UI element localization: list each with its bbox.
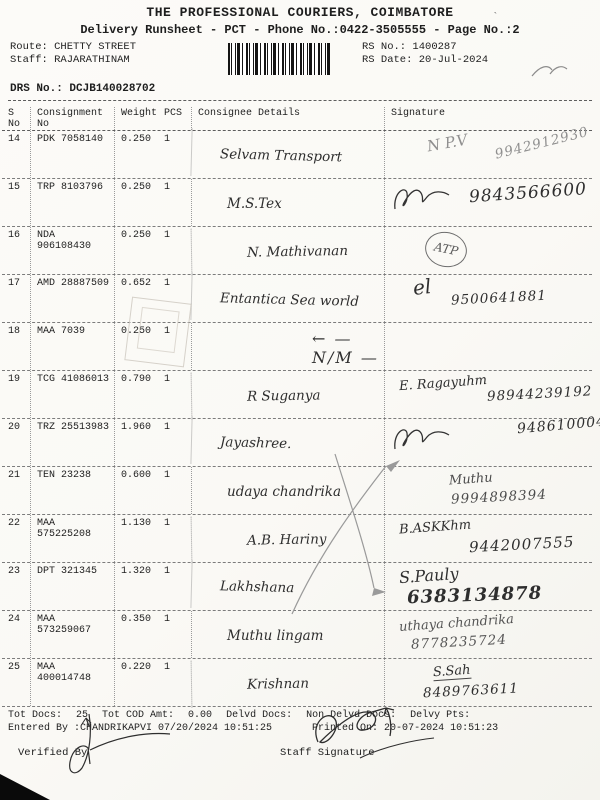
pcs-cell: 1 — [158, 467, 191, 514]
table-row: 17 AMD 28887509 0.652 1 Entantica Sea wo… — [2, 275, 592, 323]
company-title: THE PROFESSIONAL COURIERS, COIMBATORE — [0, 5, 600, 20]
pcs-cell: 1 — [158, 179, 191, 226]
signature-cell: ATP — [384, 227, 592, 274]
document-header: THE PROFESSIONAL COURIERS, COIMBATORE De… — [0, 0, 600, 101]
consignee-handwriting: Muthu lingam — [191, 611, 384, 658]
delvy-pts-label: Delvy Pts: — [410, 710, 470, 721]
table-row: 22 MAA 575225208 1.130 1 A.B. Hariny B.A… — [2, 515, 592, 563]
entered-line: Entered By :CHANDRIKAPVI 07/20/2024 10:5… — [8, 722, 592, 735]
consignee-handwriting: Krishnan — [191, 657, 385, 707]
sno-cell: 19 — [2, 371, 30, 418]
signature-name: Muthu — [449, 470, 494, 488]
tot-docs-value: 25 — [76, 710, 88, 721]
rs-no-label: RS No.: — [362, 41, 406, 53]
scan-corner-artifact — [0, 774, 50, 800]
table-row: 21 TEN 23238 0.600 1 udaya chandrika Mut… — [2, 467, 592, 515]
non-delvd-docs-label: Non Delvd Docs: — [306, 710, 396, 721]
consignee-handwriting: Entantica Sea world — [190, 272, 384, 324]
signature-phone: 6383134878 — [407, 584, 592, 605]
route-label: Route: — [10, 41, 48, 53]
sno-cell: 22 — [2, 515, 30, 562]
col-consignee: Consignee Details — [191, 107, 384, 130]
table-row: 15 TRP 8103796 0.250 1 M.S.Tex 984356660… — [2, 179, 592, 227]
consignee-handwriting: udaya chandrika — [191, 467, 384, 514]
entered-by-value: Entered By :CHANDRIKAPVI 07/20/2024 10:5… — [8, 723, 272, 734]
signature-phone: 9843566600 — [469, 182, 593, 206]
route-value: CHETTY STREET — [54, 41, 136, 53]
signature-cell: 9843566600 — [384, 179, 592, 226]
runsheet-subtitle: Delivery Runsheet - PCT - Phone No.:0422… — [0, 23, 600, 37]
table-row: 14 PDK 7058140 0.250 1 Selvam Transport … — [2, 131, 592, 179]
signature-phone: 9994898394 — [451, 485, 593, 507]
consignment-cell: MAA 575225208 — [30, 515, 114, 562]
signature-name: N P.V — [426, 133, 469, 155]
sno-cell: 17 — [2, 275, 30, 322]
signature-phone: 8489763611 — [423, 678, 593, 702]
drs-value: DCJB140028702 — [69, 83, 155, 95]
signature-labels: Verified By Staff Signature — [8, 747, 592, 761]
col-weight: Weight — [114, 107, 158, 130]
consignment-cell: PDK 7058140 — [30, 131, 114, 178]
pcs-cell: 1 — [158, 515, 191, 562]
header-meta: Route: CHETTY STREET Staff: RAJARATHINAM… — [0, 41, 600, 81]
weight-cell: 1.320 — [114, 563, 158, 610]
signature-cell: Muthu 9994898394 — [384, 467, 592, 514]
signature-cell: N P.V 9942912930 — [384, 131, 592, 178]
verified-by-label: Verified By — [18, 747, 87, 760]
rs-date-line: RS Date: 20-Jul-2024 — [362, 54, 488, 67]
consignee-handwriting: N. Mathivanan — [191, 225, 385, 275]
printed-on-value: Printed On: 20-07-2024 10:51:23 — [312, 723, 498, 734]
signature-phone: 98944239192 — [487, 384, 593, 405]
weight-cell: 1.130 — [114, 515, 158, 562]
tot-docs-label: Tot Docs: — [8, 710, 62, 721]
signature-cell: el 9500641881 — [384, 275, 592, 322]
weight-cell: 0.220 — [114, 659, 158, 706]
consignee-handwriting: ← — N/M — — [191, 323, 384, 370]
signature-name: el — [412, 279, 432, 296]
sno-cell: 21 — [2, 467, 30, 514]
staff-signature-label: Staff Signature — [280, 747, 375, 760]
staff-line: Staff: RAJARATHINAM — [10, 54, 136, 67]
pcs-cell: 1 — [158, 131, 191, 178]
consignment-cell: TEN 23238 — [30, 467, 114, 514]
signature-name: S.Sah — [432, 663, 471, 682]
rs-date-label: RS Date: — [362, 54, 412, 66]
delivery-runsheet-document: THE PROFESSIONAL COURIERS, COIMBATORE De… — [0, 0, 600, 800]
signature-cell: S.Sah 8489763611 — [384, 659, 592, 706]
weight-cell: 1.960 — [114, 419, 158, 466]
weight-cell: 0.250 — [114, 179, 158, 226]
sno-cell: 18 — [2, 323, 30, 370]
pcs-cell: 1 — [158, 419, 191, 466]
consignee-handwriting: Selvam Transport — [190, 128, 384, 180]
route-line: Route: CHETTY STREET — [10, 41, 136, 54]
pen-squiggle-mark — [530, 62, 570, 80]
consignee-handwriting: A.B. Hariny — [191, 513, 385, 563]
col-sno: S No — [2, 107, 30, 130]
weight-cell: 0.600 — [114, 467, 158, 514]
separator-line — [8, 100, 592, 101]
sno-cell: 23 — [2, 563, 30, 610]
consignment-cell: TCG 41086013 — [30, 371, 114, 418]
signature-name: S.Pauly — [399, 566, 459, 585]
weight-cell: 0.250 — [114, 227, 158, 274]
staff-value: RAJARATHINAM — [54, 54, 130, 66]
signature-name: E. Ragayuhm — [399, 373, 488, 394]
weight-cell: 0.790 — [114, 371, 158, 418]
signature-phone: 9500641881 — [451, 286, 593, 308]
cod-value: 0.00 — [188, 710, 212, 721]
consignment-cell: TRP 8103796 — [30, 179, 114, 226]
consignment-cell: DPT 321345 — [30, 563, 114, 610]
signature-name: B.ASKKhm — [399, 518, 472, 538]
table-row: 20 TRZ 25513983 1.960 1 Jayashree. 94861… — [2, 419, 592, 467]
col-pcs: PCS — [158, 107, 191, 130]
table-row: 19 TCG 41086013 0.790 1 R Suganya E. Rag… — [2, 371, 592, 419]
drs-label: DRS No.: — [10, 83, 63, 95]
table-row: 16 NDA 906108430 0.250 1 N. Mathivanan A… — [2, 227, 592, 275]
consignment-cell: MAA 7039 — [30, 323, 114, 370]
runsheet-table: S No Consignment No Weight PCS Consignee… — [2, 107, 592, 707]
delvd-docs-label: Delvd Docs: — [226, 710, 292, 721]
weight-cell: 0.250 — [114, 131, 158, 178]
consignee-handwriting: Jayashree. — [190, 416, 384, 468]
col-consignment: Consignment No — [30, 107, 114, 130]
signature-scribble-icon — [391, 423, 453, 453]
faint-stamp-mark — [124, 297, 191, 368]
signature-scribble-icon — [391, 183, 453, 213]
sno-cell: 14 — [2, 131, 30, 178]
sno-cell: 16 — [2, 227, 30, 274]
sno-cell: 20 — [2, 419, 30, 466]
pcs-cell: 1 — [158, 659, 191, 706]
pcs-cell: 1 — [158, 371, 191, 418]
signature-phone: 9442007555 — [469, 534, 593, 555]
signature-cell: B.ASKKhm 9442007555 — [384, 515, 592, 562]
col-signature: Signature — [384, 107, 592, 130]
consignee-handwriting: M.S.Tex — [191, 179, 384, 226]
signature-phone: 9942912930 — [494, 124, 593, 162]
signature-name: ATP — [422, 228, 470, 271]
consignment-cell: NDA 906108430 — [30, 227, 114, 274]
document-footer: Tot Docs:25Tot COD Amt:0.00Delvd Docs:No… — [8, 709, 592, 761]
pcs-cell: 1 — [158, 227, 191, 274]
rs-no-line: RS No.: 1400287 — [362, 41, 488, 54]
rs-no-value: 1400287 — [412, 41, 456, 53]
consignee-handwriting: R Suganya — [191, 369, 385, 419]
pcs-cell: 1 — [158, 563, 191, 610]
consignment-cell: TRZ 25513983 — [30, 419, 114, 466]
runsheet-rows: 14 PDK 7058140 0.250 1 Selvam Transport … — [2, 131, 592, 707]
pencil-artifact: ` — [492, 12, 499, 24]
sno-cell: 15 — [2, 179, 30, 226]
table-row: 25 MAA 400014748 0.220 1 Krishnan S.Sah … — [2, 659, 592, 707]
totals-line: Tot Docs:25Tot COD Amt:0.00Delvd Docs:No… — [8, 709, 592, 722]
signature-cell: E. Ragayuhm 98944239192 — [384, 371, 592, 418]
sno-cell: 25 — [2, 659, 30, 706]
consignee-handwriting: Lakhshana — [190, 560, 384, 612]
staff-label: Staff: — [10, 54, 48, 66]
pcs-cell: 1 — [158, 611, 191, 658]
consignment-cell: AMD 28887509 — [30, 275, 114, 322]
drs-line: DRS No.: DCJB140028702 — [10, 83, 600, 95]
signature-cell — [384, 323, 592, 370]
sno-cell: 24 — [2, 611, 30, 658]
table-row: 24 MAA 573259067 0.350 1 Muthu lingam ut… — [2, 611, 592, 659]
barcode — [228, 43, 330, 75]
rs-date-value: 20-Jul-2024 — [419, 54, 488, 66]
signature-cell: 9486100046 — [384, 419, 600, 466]
consignment-cell: MAA 400014748 — [30, 659, 114, 706]
table-header-row: S No Consignment No Weight PCS Consignee… — [2, 107, 592, 131]
signature-cell: uthaya chandrika 8778235724 — [384, 611, 592, 658]
cod-label: Tot COD Amt: — [102, 710, 174, 721]
weight-cell: 0.350 — [114, 611, 158, 658]
table-row: 18 MAA 7039 0.250 1 ← — N/M — — [2, 323, 592, 371]
signature-cell: S.Pauly 6383134878 — [384, 563, 592, 610]
table-row: 23 DPT 321345 1.320 1 Lakhshana S.Pauly … — [2, 563, 592, 611]
consignment-cell: MAA 573259067 — [30, 611, 114, 658]
